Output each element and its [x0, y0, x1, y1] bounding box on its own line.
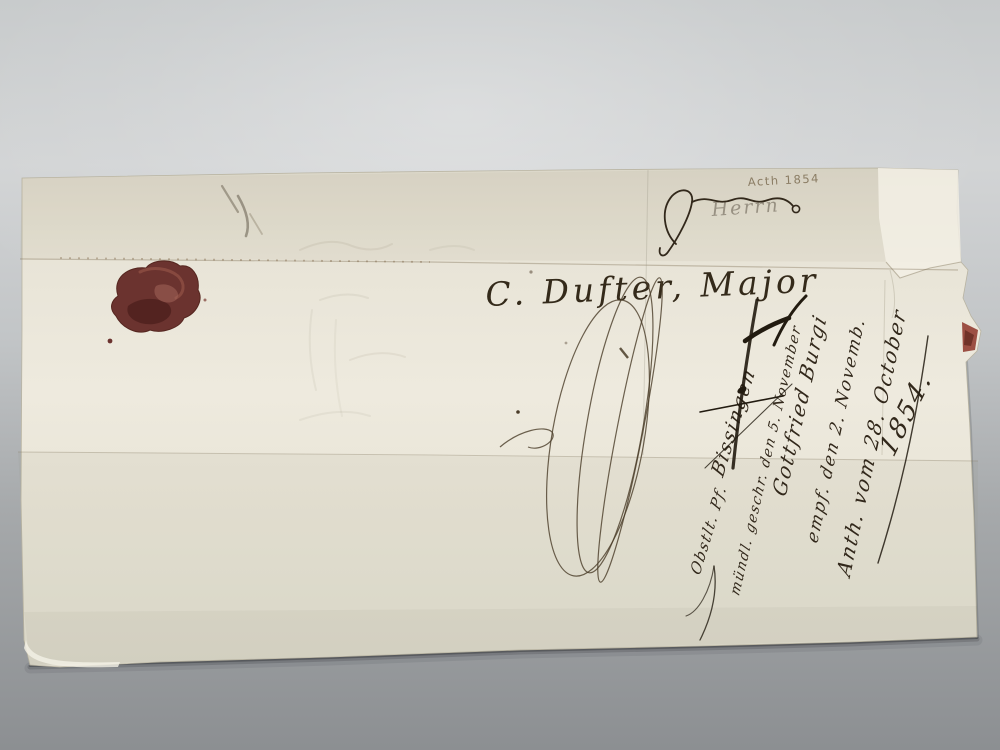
photo-of-letter: Acth 1854 Herrn C. Dufter, Major 1854. A…	[0, 0, 1000, 750]
wax-speck	[204, 299, 207, 302]
wax-speck	[108, 339, 113, 344]
ink-speck	[565, 342, 568, 345]
paper-flap-top-right	[878, 168, 961, 278]
flourish-dot	[516, 410, 520, 414]
photo-canvas: Acth 1854 Herrn C. Dufter, Major 1854. A…	[0, 0, 1000, 750]
